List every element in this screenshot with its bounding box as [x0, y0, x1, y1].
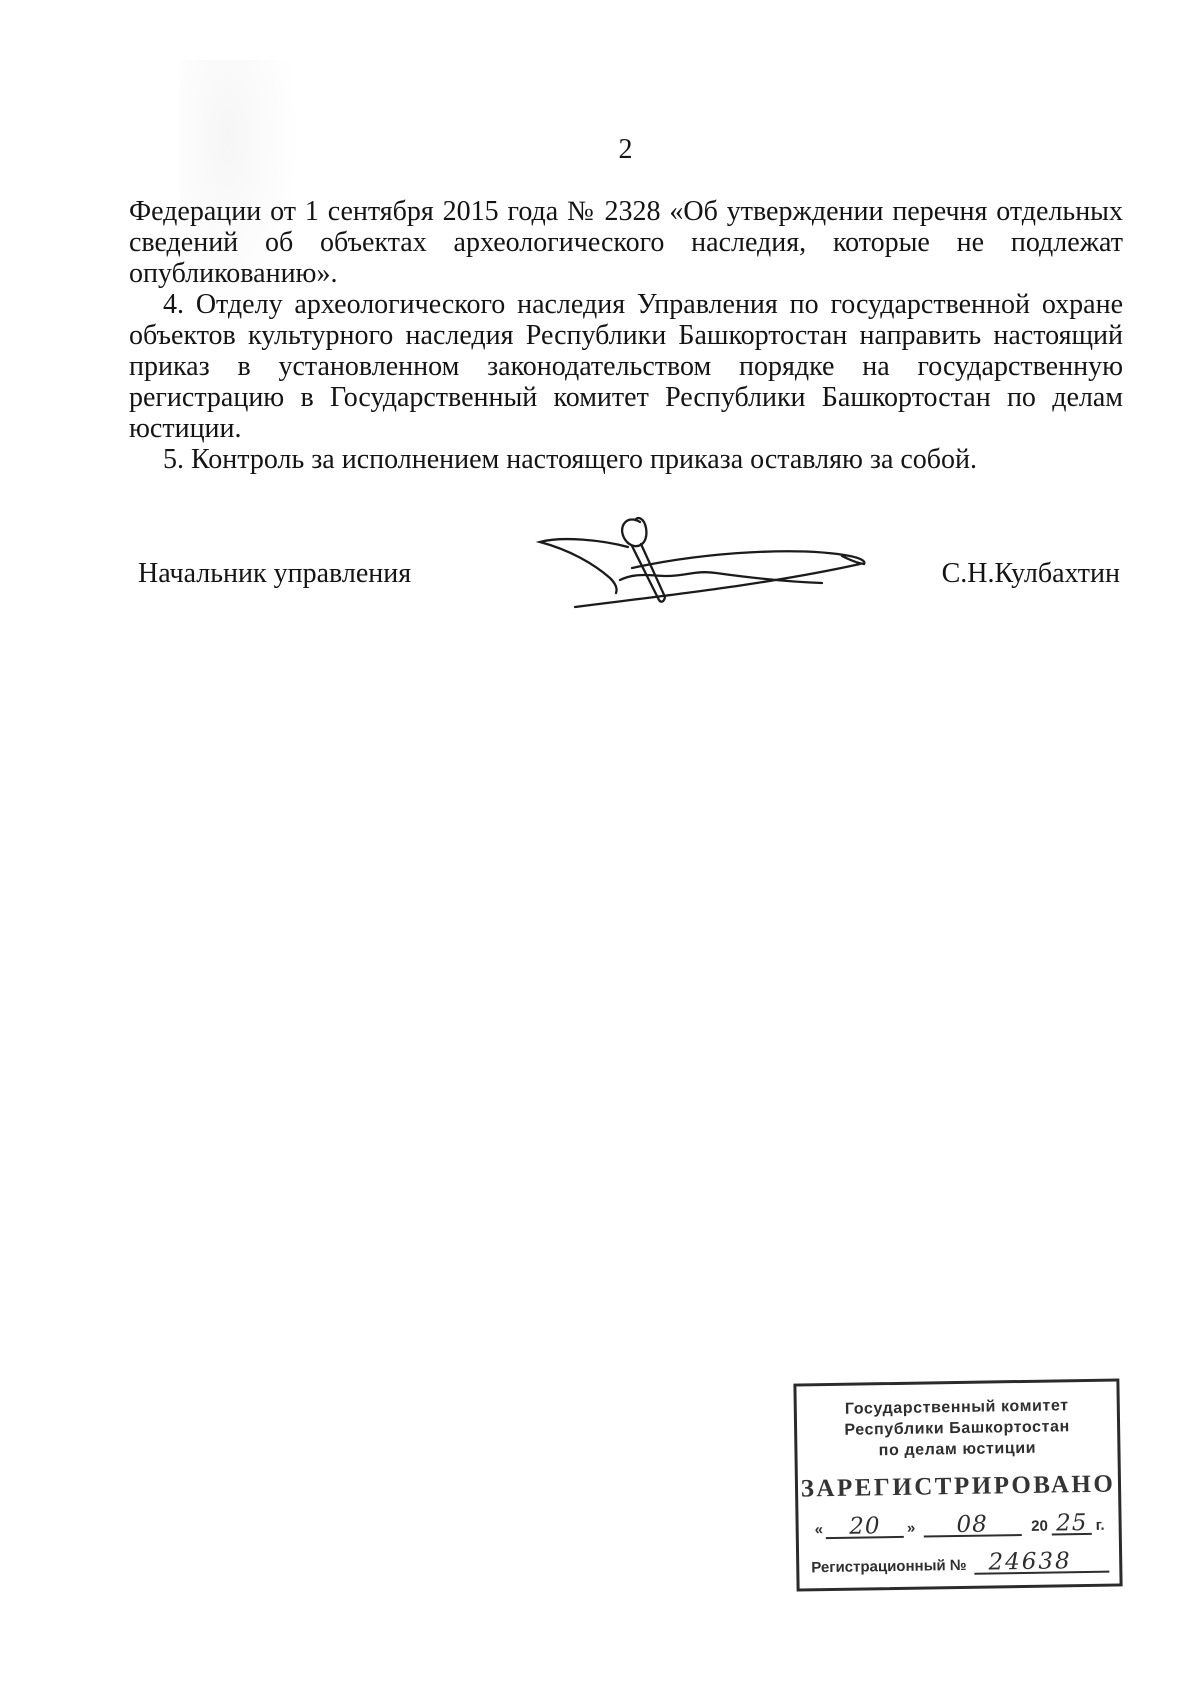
stamp-registration-label: Регистрационный № [811, 1557, 967, 1577]
paragraph-item-4: 4. Отделу археологического наследия Упра… [129, 289, 1123, 444]
signer-title: Начальник управления [138, 558, 411, 590]
paragraph-item-5: 5. Контроль за исполнением настоящего пр… [129, 444, 1123, 475]
stamp-organization: Государственный комитет Республики Башко… [797, 1394, 1118, 1462]
signature-block: Начальник управления С.Н.Кулбахтин [138, 558, 1120, 590]
stamp-date-line: « 20 » 08 20 25 г. [814, 1513, 1104, 1540]
page-number: 2 [129, 134, 1123, 166]
stamp-date-year-label: г. [1096, 1517, 1105, 1535]
stamp-date-year-prefix: 20 [1031, 1518, 1048, 1536]
paragraph-continued: Федерации от 1 сентября 2015 года № 2328… [129, 196, 1123, 289]
stamp-date-month: 08 [923, 1514, 1021, 1538]
stamp-registration-line: Регистрационный № 24638 [811, 1551, 1109, 1578]
stamp-date-day: 20 [826, 1516, 904, 1539]
signer-name: С.Н.Кулбахтин [942, 558, 1120, 590]
stamp-date-close-quote: » [907, 1520, 916, 1538]
document-page: 2 Федерации от 1 сентября 2015 года № 23… [0, 0, 1200, 1697]
stamp-registration-number: 24638 [974, 1551, 1109, 1575]
document-body: Федерации от 1 сентября 2015 года № 2328… [129, 196, 1123, 475]
registration-stamp: Государственный комитет Республики Башко… [793, 1378, 1122, 1591]
stamp-date-year: 25 [1052, 1513, 1092, 1536]
stamp-date-open-quote: « [815, 1521, 824, 1539]
stamp-registered-label: ЗАРЕГИСТРИРОВАНО [798, 1470, 1118, 1503]
